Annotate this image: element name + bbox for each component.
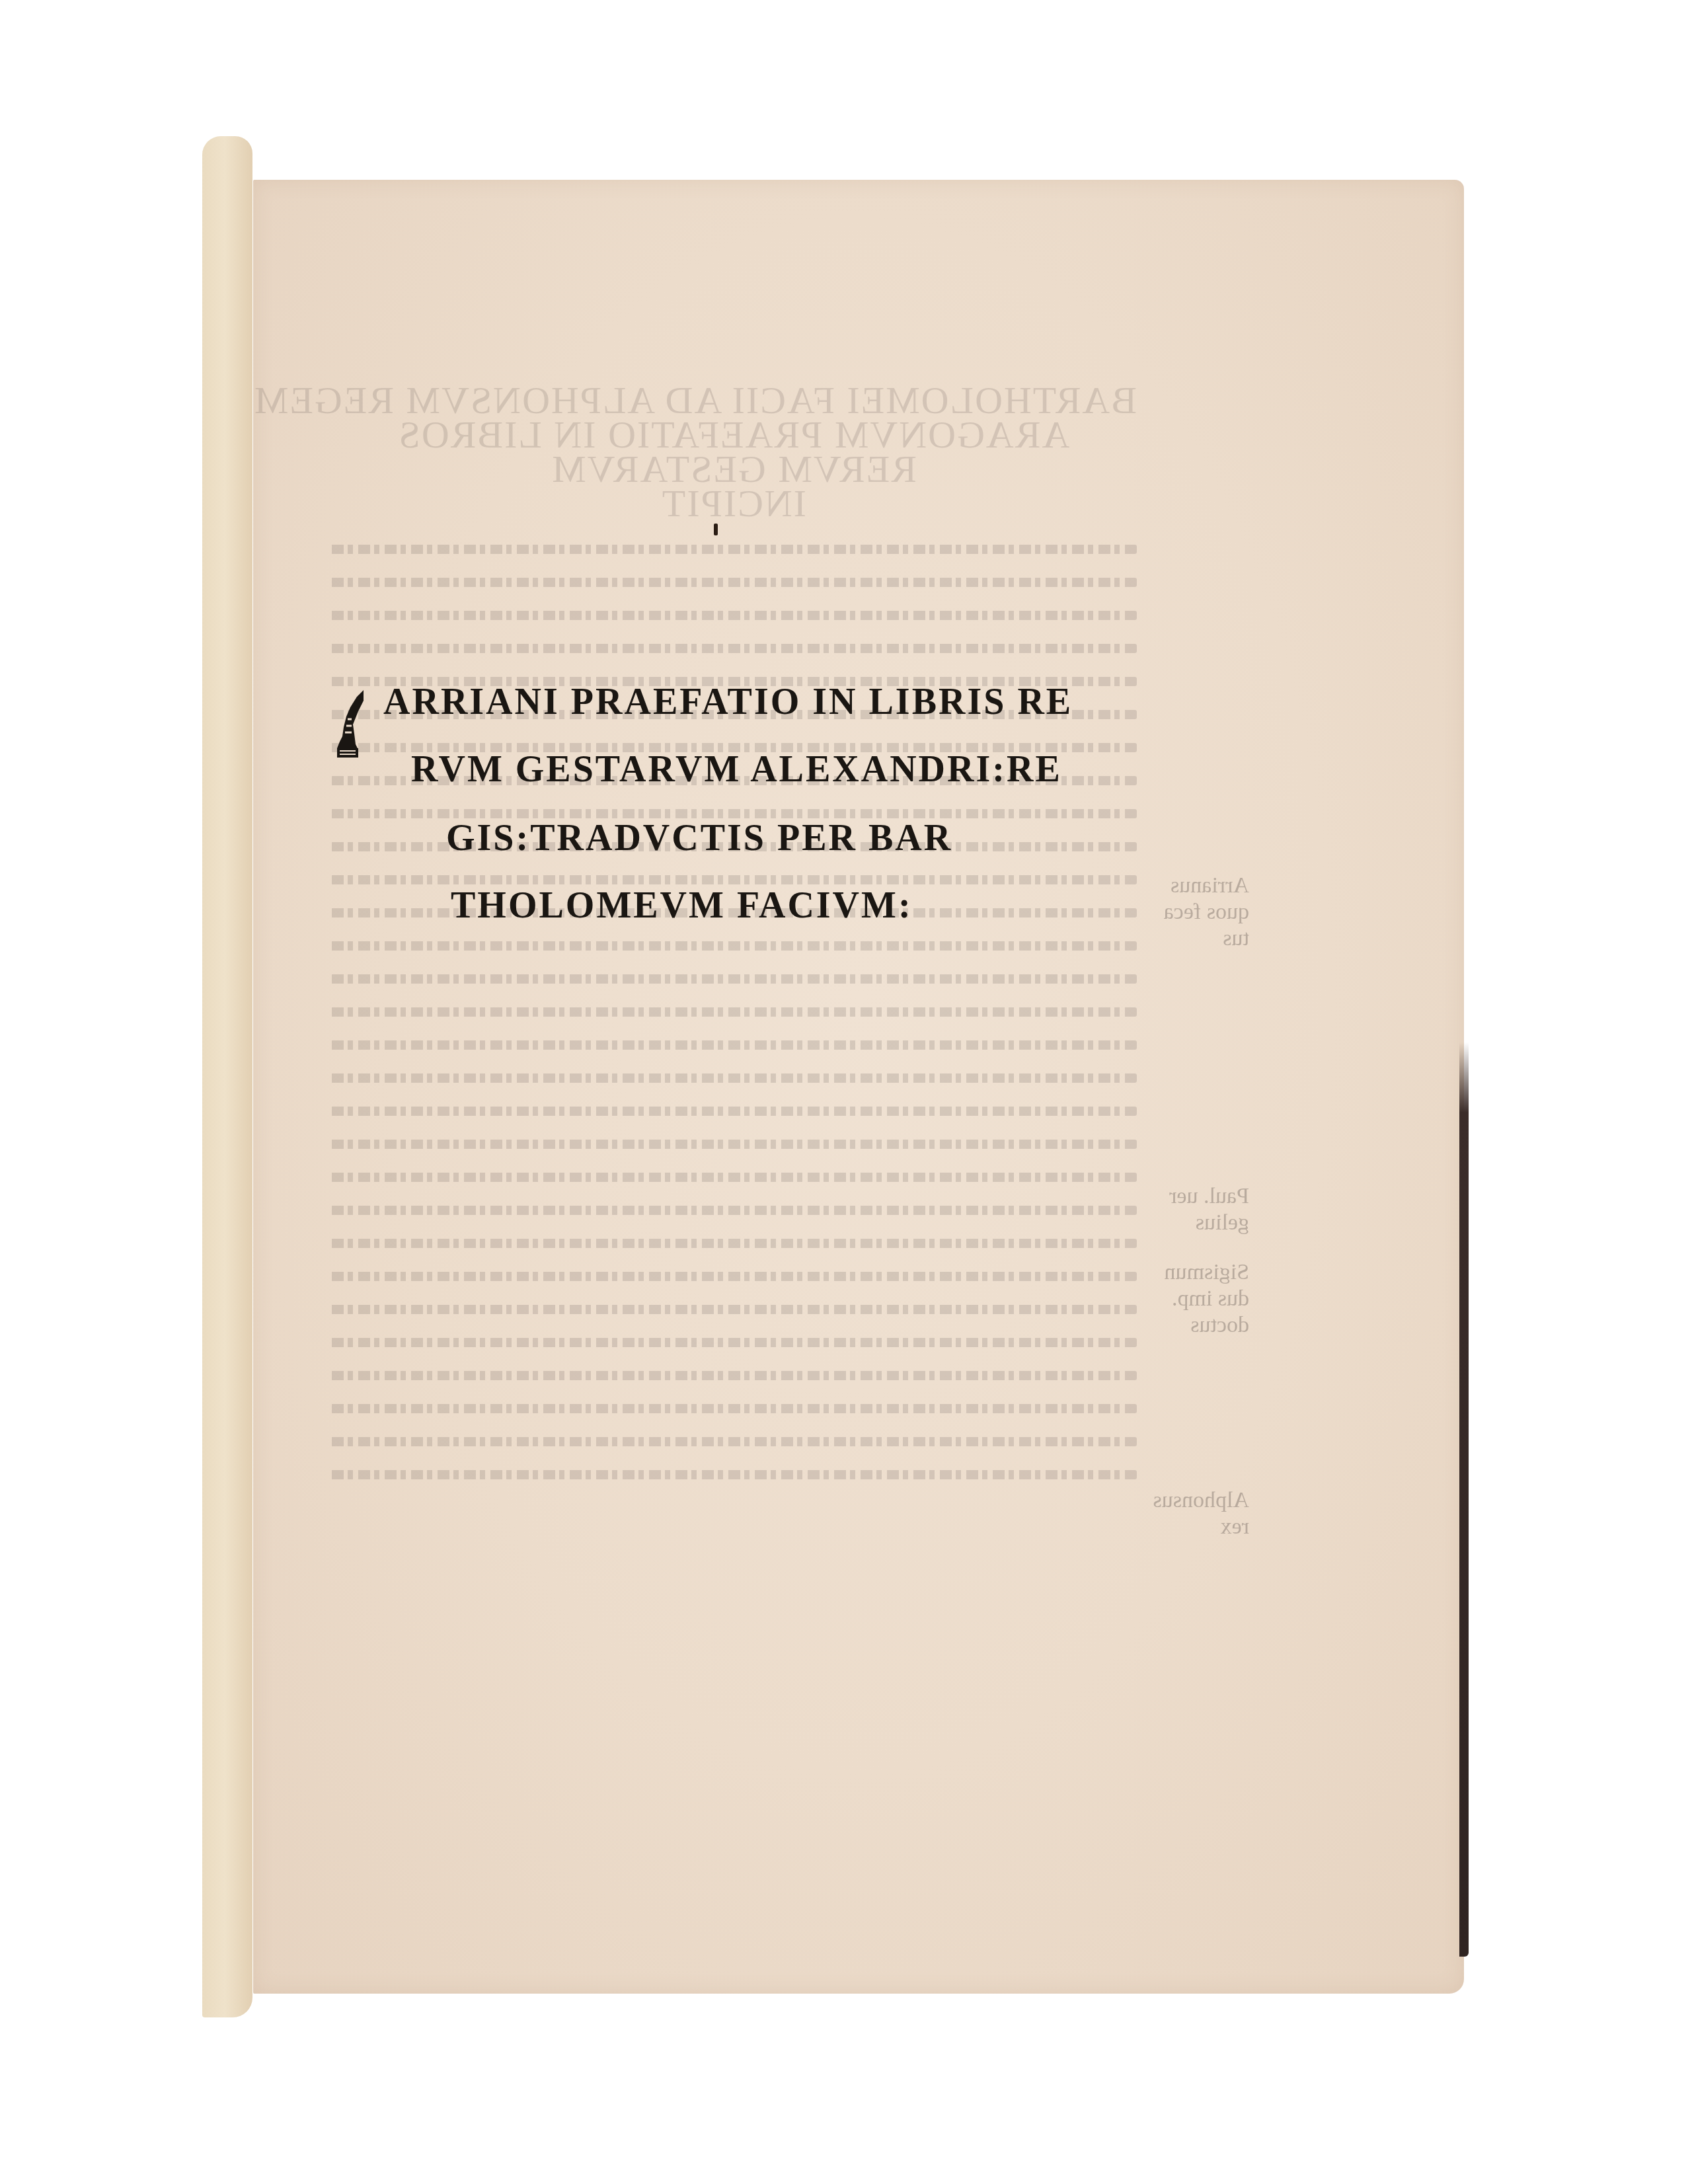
show-through-margin-note: Alphonsus rex xyxy=(1143,1487,1249,1540)
show-through-line xyxy=(330,1107,1137,1116)
show-through-line xyxy=(330,1437,1137,1446)
show-through-line xyxy=(330,1404,1137,1413)
title-line-4: THOLOMEVM FACIVM: xyxy=(451,884,913,927)
show-through-line xyxy=(330,644,1137,653)
show-through-line xyxy=(330,1305,1137,1314)
show-through-line xyxy=(330,1272,1137,1281)
show-through-text: BARTHOLOMEI FACII AD ALPHONSVM REGEM ARA… xyxy=(330,383,1137,1639)
show-through-line xyxy=(330,1206,1137,1215)
show-through-margin-note: Arrianus quos feca tus xyxy=(1143,873,1249,952)
book-spine-edge xyxy=(202,136,252,2017)
title-line-1: ARRIANI PRAEFATIO IN LIBRIS RE xyxy=(383,681,1073,723)
show-through-line xyxy=(330,974,1137,984)
manicule-icon xyxy=(330,687,370,760)
cover-edge xyxy=(1459,198,1469,1957)
title-line-2: RVM GESTARVM ALEXANDRI:RE xyxy=(411,748,1062,791)
title-line-3: GIS:TRADVCTIS PER BAR xyxy=(446,817,952,859)
show-through-line xyxy=(330,1140,1137,1149)
ink-speck xyxy=(714,524,718,535)
show-through-line xyxy=(330,1007,1137,1017)
show-through-line xyxy=(330,1338,1137,1347)
show-through-line xyxy=(330,1173,1137,1182)
show-through-line xyxy=(330,1040,1137,1050)
show-through-line xyxy=(330,941,1137,951)
show-through-line xyxy=(330,1371,1137,1380)
show-through-line xyxy=(330,545,1137,554)
show-through-line xyxy=(330,1239,1137,1248)
show-through-margin-note: Sigismun dus imp. doctus xyxy=(1143,1259,1249,1339)
show-through-line xyxy=(330,578,1137,587)
show-through-line xyxy=(330,875,1137,884)
show-through-heading-4: INCIPIT xyxy=(330,487,1137,521)
show-through-line xyxy=(330,1073,1137,1083)
show-through-line xyxy=(330,611,1137,620)
show-through-line xyxy=(330,1470,1137,1479)
show-through-margin-note: Paul. uer gelius xyxy=(1143,1183,1249,1236)
